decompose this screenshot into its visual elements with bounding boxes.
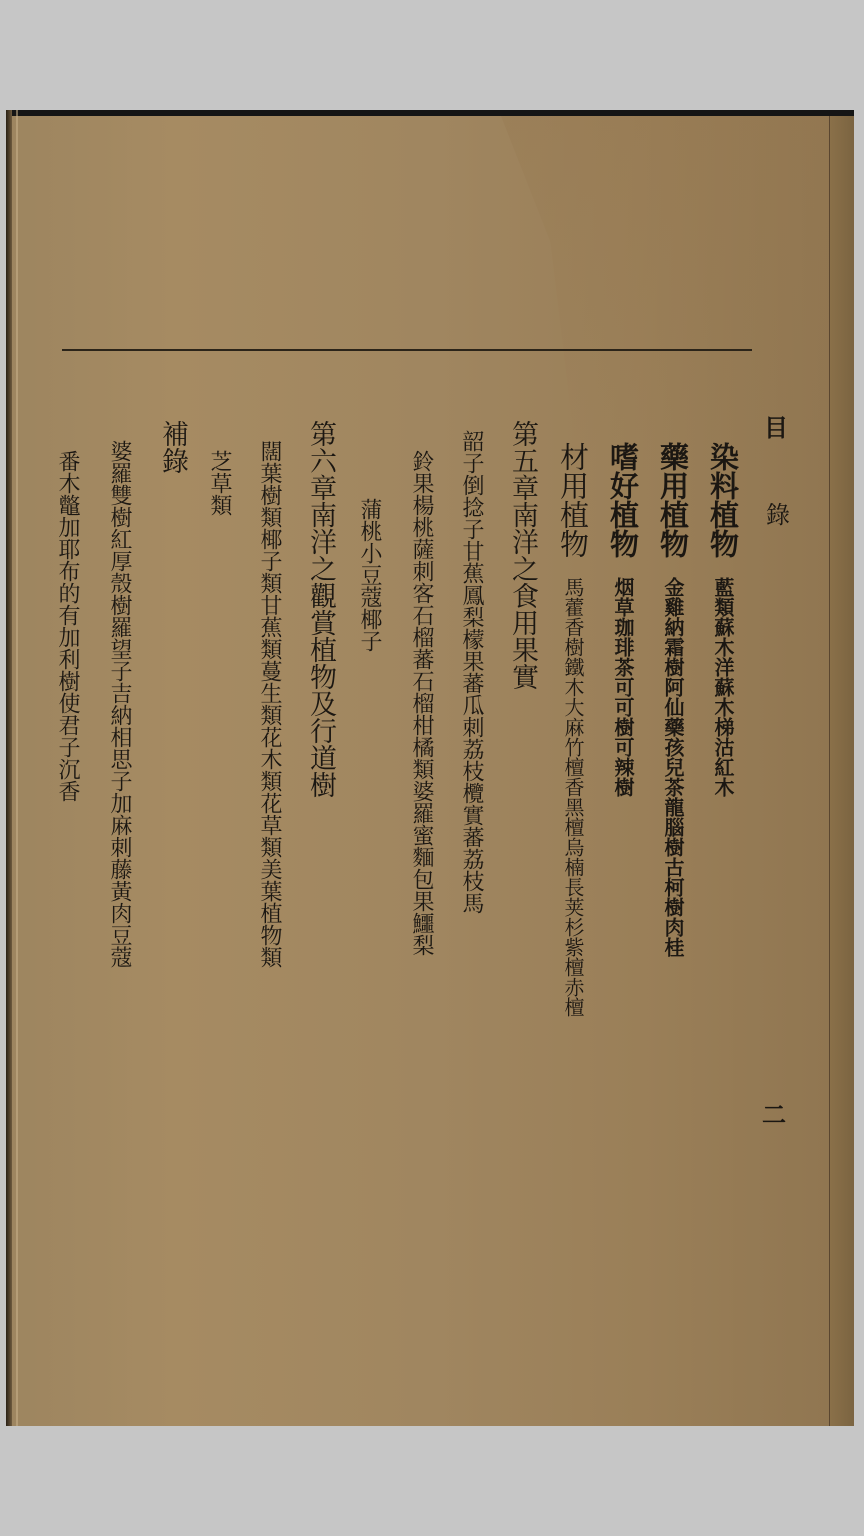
list-item: 茶 [612,657,634,677]
page-number: 二 [762,1095,786,1130]
appendix-line-1: 婆羅雙樹紅厚殼樹羅望子吉納相思子加麻刺藤黃肉豆蔻 [106,440,160,968]
appendix-heading: 補錄 [156,420,188,474]
list-item: 吉納 [106,682,132,726]
book-page: 目 錄 二 染料植物 藍類蘇木洋蘇木梯沽紅木 藥用植物 金雞納霜樹阿仙藥孩兒茶龍… [6,110,854,1426]
list-item: 柑橘類 [408,714,434,780]
section-heading: 染料植物 [706,442,740,558]
list-item: 花草類 [256,792,282,858]
list-item: 小豆蔻 [356,542,382,608]
section-items: 烟草珈琲茶可可樹可辣樹 [611,577,635,797]
list-item: 蒲桃 [356,498,382,542]
section-timber-plants: 材用植物 馬藿香樹鐵木大麻竹檀香黑檀烏楠長荚杉紫檀赤檀 [556,442,610,1017]
page-top-edge [6,110,854,116]
chapter-5-line-1: 韶子倒捻子甘蕉鳳梨檬果蕃瓜刺荔枝欖實蕃荔枝馬 [458,430,512,914]
list-item: 有加利樹 [54,604,80,692]
list-item: 古柯樹 [662,857,684,917]
list-item: 闊葉樹類 [256,440,282,528]
list-item: 蘇木 [712,617,734,657]
list-item: 石榴 [408,604,434,648]
list-item: 烟草 [612,577,634,617]
list-item: 使君子 [54,692,80,758]
list-item: 婆羅雙樹 [106,440,132,528]
section-medicinal-plants: 藥用植物 金雞納霜樹阿仙藥孩兒茶龍腦樹古柯樹肉桂 [656,442,710,957]
running-header-left: 目 [764,408,788,443]
list-item: 甘蕉類 [256,594,282,660]
list-item: 番木鼈 [54,450,80,516]
list-item: 可辣樹 [612,737,634,797]
chapter-5-line-2: 鈴果楊桃薩刺客石榴蕃石榴柑橘類婆羅蜜麵包果鱷梨 [408,450,462,956]
list-item: 龍腦樹 [662,797,684,857]
list-item: 薩刺客 [408,538,434,604]
list-item: 金雞納霜樹 [662,577,684,677]
list-item: 椰子類 [256,528,282,594]
list-item: 藤黃 [106,858,132,902]
section-items: 馬藿香樹鐵木大麻竹檀香黑檀烏楠長荚杉紫檀赤檀 [561,577,585,1017]
list-item: 洋蘇木 [712,657,734,717]
list-item: 肉桂 [662,917,684,957]
list-item: 婆羅蜜 [408,780,434,846]
list-item: 阿仙藥 [662,677,684,737]
bottom-rule [62,349,752,351]
list-item: 烏楠 [562,837,584,877]
section-heading: 嗜好植物 [606,442,640,558]
list-item: 紅厚殼樹 [106,528,132,616]
section-items: 藍類蘇木洋蘇木梯沽紅木 [711,577,735,797]
chapter-5-title: 第五章南洋之食用果實 [506,420,556,690]
list-item: 楊桃 [408,494,434,538]
list-item: 椰子 [356,608,382,652]
section-items: 金雞納霜樹阿仙藥孩兒茶龍腦樹古柯樹肉桂 [661,577,685,957]
list-item: 藍類 [712,577,734,617]
list-item: 蔓生類 [256,660,282,726]
list-item: 紅木 [712,757,734,797]
list-item: 肉豆蔻 [106,902,132,968]
list-item: 長荚杉 [562,877,584,937]
chapter-6-line-1: 闊葉樹類椰子類甘蕉類蔓生類花木類花草類美葉植物類 [256,440,310,968]
list-item: 梯沽 [712,717,734,757]
list-item: 相思子 [106,726,132,792]
list-item: 沉香 [54,758,80,802]
running-header-right: 錄 [766,495,790,530]
list-item: 美葉植物類 [256,858,282,968]
list-item: 珈琲 [612,617,634,657]
list-item: 花木類 [256,726,282,792]
list-item: 蕃石榴 [408,648,434,714]
list-item: 鐵木 [562,657,584,697]
chapter-6-title: 第六章南洋之觀賞植物及行道樹 [304,420,354,798]
list-item: 鈴果 [408,450,434,494]
list-item: 赤檀 [562,977,584,1017]
chapter-5-line-3: 蒲桃小豆蔻椰子 [356,498,410,652]
list-item: 麵包果 [408,846,434,912]
section-heading: 藥用植物 [656,442,690,558]
section-dye-plants: 染料植物 藍類蘇木洋蘇木梯沽紅木 [706,442,760,797]
page-right-edge [829,116,854,1426]
list-item: 大麻竹 [562,697,584,757]
page-left-edge [6,110,12,1426]
list-item: 加耶布的 [54,516,80,604]
list-item: 可可樹 [612,677,634,737]
page-left-line [16,110,18,1426]
list-item: 羅望子 [106,616,132,682]
list-item: 孩兒茶 [662,737,684,797]
list-item: 馬藿香樹 [562,577,584,657]
section-heading: 材用植物 [556,442,590,558]
chapter-6-line-2: 芝草類 [206,450,232,516]
section-luxury-plants: 嗜好植物 烟草珈琲茶可可樹可辣樹 [606,442,660,797]
list-item: 加麻刺 [106,792,132,858]
list-item: 芝草類 [206,450,232,516]
list-item: 鱷梨 [408,912,434,956]
list-item: 檀香 [562,757,584,797]
list-item: 黑檀 [562,797,584,837]
list-item: 紫檀 [562,937,584,977]
appendix-line-2: 番木鼈加耶布的有加利樹使君子沉香 [54,450,108,802]
